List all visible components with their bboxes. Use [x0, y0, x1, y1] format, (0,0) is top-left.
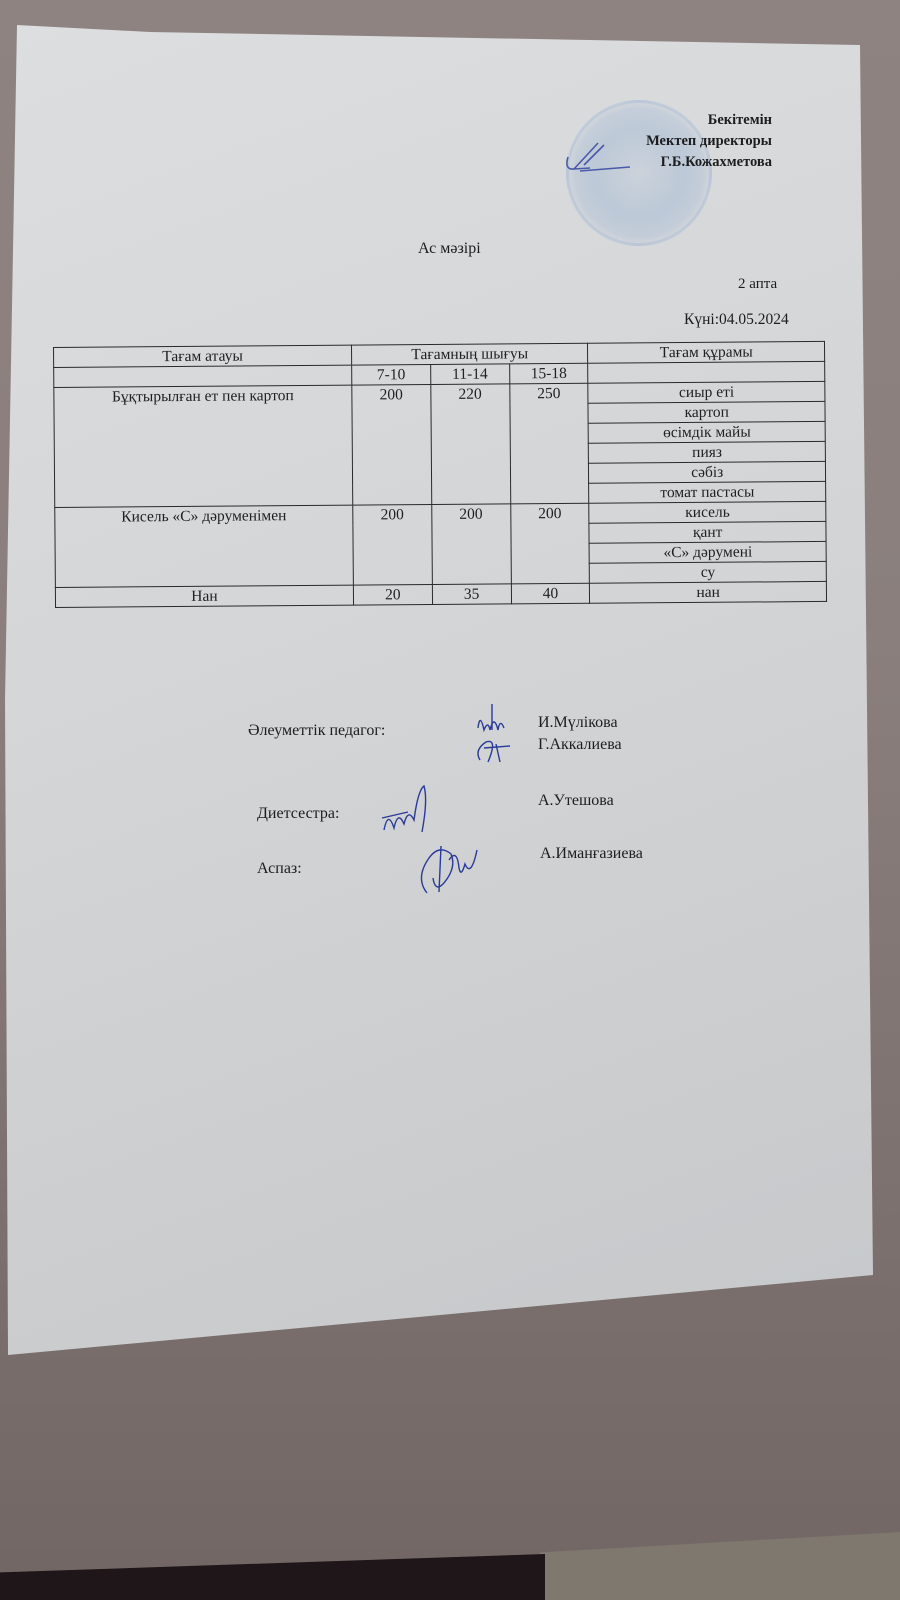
ingredient-cell: сиыр еті: [588, 381, 825, 403]
week-label: 2 апта: [738, 276, 777, 293]
signature-role: Әлеуметтік педагог:: [248, 722, 385, 740]
ingredient-cell: картоп: [588, 401, 825, 423]
ingredient-cell: қант: [589, 521, 826, 543]
ingredient-cell: «С» дәрумені: [589, 541, 826, 563]
date-label: Күні:04.05.2024: [684, 311, 789, 329]
approval-heading: Бекітемін: [600, 110, 772, 131]
portion-cell: 200: [510, 503, 589, 584]
ingredient-cell: томат пастасы: [589, 481, 826, 503]
signatory-name: Г.Аккалиева: [538, 736, 622, 754]
empty-cell: [54, 365, 352, 387]
signatory-name: И.Мүлікова: [538, 714, 618, 732]
portion-cell: 40: [511, 583, 590, 604]
floor-background: [540, 1532, 900, 1600]
signature-role: Аспаз:: [257, 860, 302, 878]
empty-cell: [588, 361, 825, 383]
header-output: Тағамның шығуы: [351, 343, 588, 365]
signature-role: Диетсестра:: [257, 805, 339, 823]
dish-name-cell: Кисель «С» дәруменімен: [55, 505, 354, 587]
dark-object: [0, 1554, 545, 1600]
portion-cell: 200: [353, 505, 432, 586]
dish-name-cell: Нан: [55, 585, 353, 607]
portion-cell: 35: [432, 584, 511, 605]
signatory-name: А.Иманғазиева: [540, 845, 643, 863]
social-pedagogue-signature-icon: [470, 700, 520, 770]
portion-cell: 220: [431, 384, 511, 505]
ingredient-cell: кисель: [589, 501, 826, 523]
ingredient-cell: пияз: [589, 441, 826, 463]
ingredient-cell: өсімдік майы: [589, 421, 826, 443]
portion-cell: 20: [353, 585, 432, 606]
age-group-header: 11-14: [430, 364, 509, 385]
age-group-header: 7-10: [352, 365, 431, 386]
ingredient-cell: су: [590, 561, 827, 583]
signatory-name: А.Утешова: [538, 792, 614, 810]
header-dish-name: Тағам атауы: [54, 345, 352, 367]
menu-table: Тағам атауыТағамның шығуыТағам құрамы7-1…: [53, 341, 827, 608]
portion-cell: 250: [509, 383, 589, 504]
age-group-header: 15-18: [509, 363, 588, 384]
dish-name-cell: Бұқтырылған ет пен картоп: [54, 385, 353, 507]
portion-cell: 200: [352, 385, 432, 506]
portion-cell: 200: [432, 504, 511, 585]
document-title: Ас мәзірі: [418, 240, 481, 258]
header-composition: Тағам құрамы: [588, 341, 825, 363]
ingredient-cell: сәбіз: [589, 461, 826, 483]
director-signature-icon: [560, 135, 640, 180]
ingredient-cell: нан: [590, 581, 827, 603]
cook-signature-icon: [415, 838, 490, 898]
